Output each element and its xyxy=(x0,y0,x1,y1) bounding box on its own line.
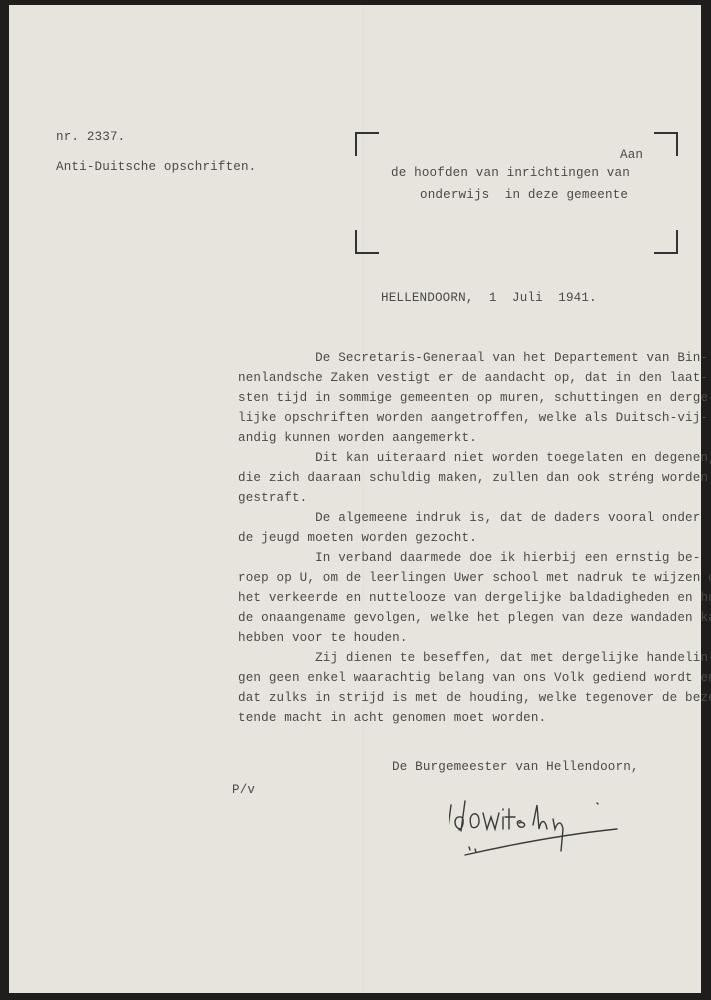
address-bracket-top-left xyxy=(355,132,379,156)
body-line: die zich daaraan schuldig maken, zullen … xyxy=(238,468,711,488)
body-line: sten tijd in sommige gemeenten op muren,… xyxy=(238,388,711,408)
addressee-line-2: de hoofden van inrichtingen van xyxy=(391,163,630,183)
body-line: gen geen enkel waarachtig belang van ons… xyxy=(238,668,711,688)
body-line: De algemeene indruk is, dat de daders vo… xyxy=(238,508,711,528)
closing-line: De Burgemeester van Hellendoorn, xyxy=(392,757,639,777)
body-line: In verband daarmede doe ik hierbij een e… xyxy=(238,548,711,568)
body-line: de jeugd moeten worden gezocht. xyxy=(238,528,711,548)
body-line: De Secretaris-Generaal van het Departeme… xyxy=(238,348,711,368)
body-line: hebben voor te houden. xyxy=(238,628,711,648)
signature-icon xyxy=(449,795,629,865)
body-line: het verkeerde en nuttelooze van dergelij… xyxy=(238,588,711,608)
body-line: lijke opschriften worden aangetroffen, w… xyxy=(238,408,711,428)
body-line: dat zulks in strijd is met de houding, w… xyxy=(238,688,711,708)
address-bracket-top-right xyxy=(654,132,678,156)
place-date: HELLENDOORN, 1 Juli 1941. xyxy=(381,288,597,308)
letter-page: nr. 2337. Anti-Duitsche opschriften. Aan… xyxy=(9,5,701,993)
letter-body: De Secretaris-Generaal van het Departeme… xyxy=(238,348,711,728)
body-line: de onaangename gevolgen, welke het plege… xyxy=(238,608,711,628)
body-line: roep op U, om de leerlingen Uwer school … xyxy=(238,568,711,588)
subject-line: Anti-Duitsche opschriften. xyxy=(56,157,256,177)
address-bracket-bottom-right xyxy=(654,230,678,254)
addressee-line-1: Aan xyxy=(620,145,643,165)
body-line: gestraft. xyxy=(238,488,711,508)
address-bracket-bottom-left xyxy=(355,230,379,254)
reference-number: nr. 2337. xyxy=(56,127,125,147)
body-line: Dit kan uiteraard niet worden toegelaten… xyxy=(238,448,711,468)
body-line: tende macht in acht genomen moet worden. xyxy=(238,708,711,728)
body-line: Zij dienen te beseffen, dat met dergelij… xyxy=(238,648,711,668)
typist-initials: P/v xyxy=(232,780,255,800)
addressee-line-3: onderwijs in deze gemeente xyxy=(420,185,628,205)
body-line: nenlandsche Zaken vestigt er de aandacht… xyxy=(238,368,711,388)
body-line: andig kunnen worden aangemerkt. xyxy=(238,428,711,448)
